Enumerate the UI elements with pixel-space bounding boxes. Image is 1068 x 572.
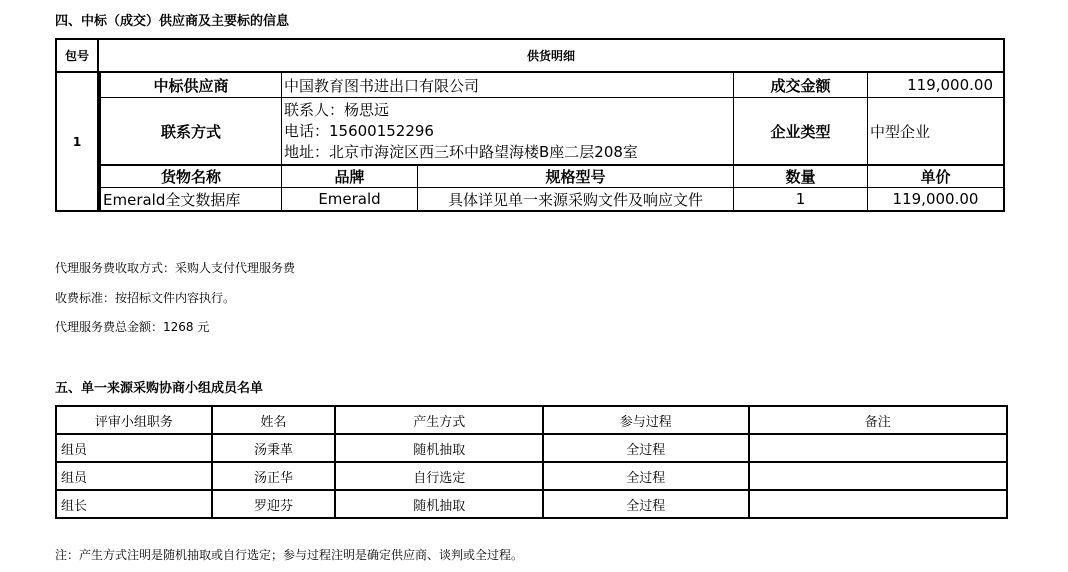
contact-label: 联系方式 xyxy=(101,98,281,164)
goods-name: Emerald全文数据库 xyxy=(101,188,281,210)
member-remarks xyxy=(749,490,1007,518)
amount-value: 119,000.00 xyxy=(868,73,1003,97)
member-remarks xyxy=(749,434,1007,462)
section-5-title: 五、单一来源采购协商小组成员名单 xyxy=(55,377,263,396)
table-row: 组员 汤秉革 随机抽取 全过程 xyxy=(56,434,1007,462)
supplier-value: 中国教育图书进出口有限公司 xyxy=(282,73,732,97)
section-4-title: 四、中标（成交）供应商及主要标的信息 xyxy=(55,10,289,29)
unit-price-header: 单价 xyxy=(868,166,1003,187)
enterprise-type-value: 中型企业 xyxy=(868,98,1003,164)
header-role: 评审小组职务 xyxy=(56,406,212,434)
table-row: 组长 罗迎芬 随机抽取 全过程 xyxy=(56,490,1007,518)
member-role: 组员 xyxy=(56,434,212,462)
package-number: 1 xyxy=(57,73,97,210)
team-note: 注：产生方式注明是随机抽取或自行选定；参与过程注明是确定供应商、谈判或全过程。 xyxy=(55,546,523,563)
member-name: 汤正华 xyxy=(212,462,336,490)
contact-address: 地址：北京市海淀区西三环中路望海楼B座二层208室 xyxy=(284,142,638,163)
brand-header: 品牌 xyxy=(282,166,417,187)
contact-phone: 电话：15600152296 xyxy=(284,121,434,142)
member-role: 组长 xyxy=(56,490,212,518)
header-name: 姓名 xyxy=(212,406,336,434)
member-role: 组员 xyxy=(56,462,212,490)
fee-standard: 收费标准：按招标文件内容执行。 xyxy=(55,289,235,306)
goods-name-header: 货物名称 xyxy=(101,166,281,187)
header-method: 产生方式 xyxy=(335,406,543,434)
amount-label: 成交金额 xyxy=(734,73,867,97)
qty-header: 数量 xyxy=(734,166,867,187)
detail-header: 供货明细 xyxy=(99,40,1003,71)
member-method: 自行选定 xyxy=(335,462,543,490)
package-header: 包号 xyxy=(57,40,97,71)
member-name: 罗迎芬 xyxy=(212,490,336,518)
goods-qty: 1 xyxy=(734,188,867,210)
supplier-label: 中标供应商 xyxy=(101,73,281,97)
member-name: 汤秉革 xyxy=(212,434,336,462)
table-header-row: 评审小组职务 姓名 产生方式 参与过程 备注 xyxy=(56,406,1007,434)
fee-method: 代理服务费收取方式：采购人支付代理服务费 xyxy=(55,259,295,276)
member-process: 全过程 xyxy=(543,490,749,518)
header-process: 参与过程 xyxy=(543,406,749,434)
contact-person: 联系人：杨思远 xyxy=(284,100,389,121)
member-method: 随机抽取 xyxy=(335,490,543,518)
goods-spec: 具体详见单一来源采购文件及响应文件 xyxy=(418,188,733,210)
member-method: 随机抽取 xyxy=(335,434,543,462)
table-row: 组员 汤正华 自行选定 全过程 xyxy=(56,462,1007,490)
header-remarks: 备注 xyxy=(749,406,1007,434)
spec-header: 规格型号 xyxy=(418,166,733,187)
member-remarks xyxy=(749,462,1007,490)
contact-info: 联系人：杨思远 电话：15600152296 地址：北京市海淀区西三环中路望海楼… xyxy=(282,98,732,164)
fee-total: 代理服务费总金额：1268 元 xyxy=(55,318,209,335)
winning-supplier-table: 包号 供货明细 1 中标供应商 中国教育图书进出口有限公司 成交金额 119,0… xyxy=(55,38,1005,212)
member-process: 全过程 xyxy=(543,462,749,490)
member-process: 全过程 xyxy=(543,434,749,462)
enterprise-type-label: 企业类型 xyxy=(734,98,867,164)
goods-brand: Emerald xyxy=(282,188,417,210)
goods-unit-price: 119,000.00 xyxy=(868,188,1003,210)
negotiation-team-table: 评审小组职务 姓名 产生方式 参与过程 备注 组员 汤秉革 随机抽取 全过程 组… xyxy=(55,405,1008,519)
